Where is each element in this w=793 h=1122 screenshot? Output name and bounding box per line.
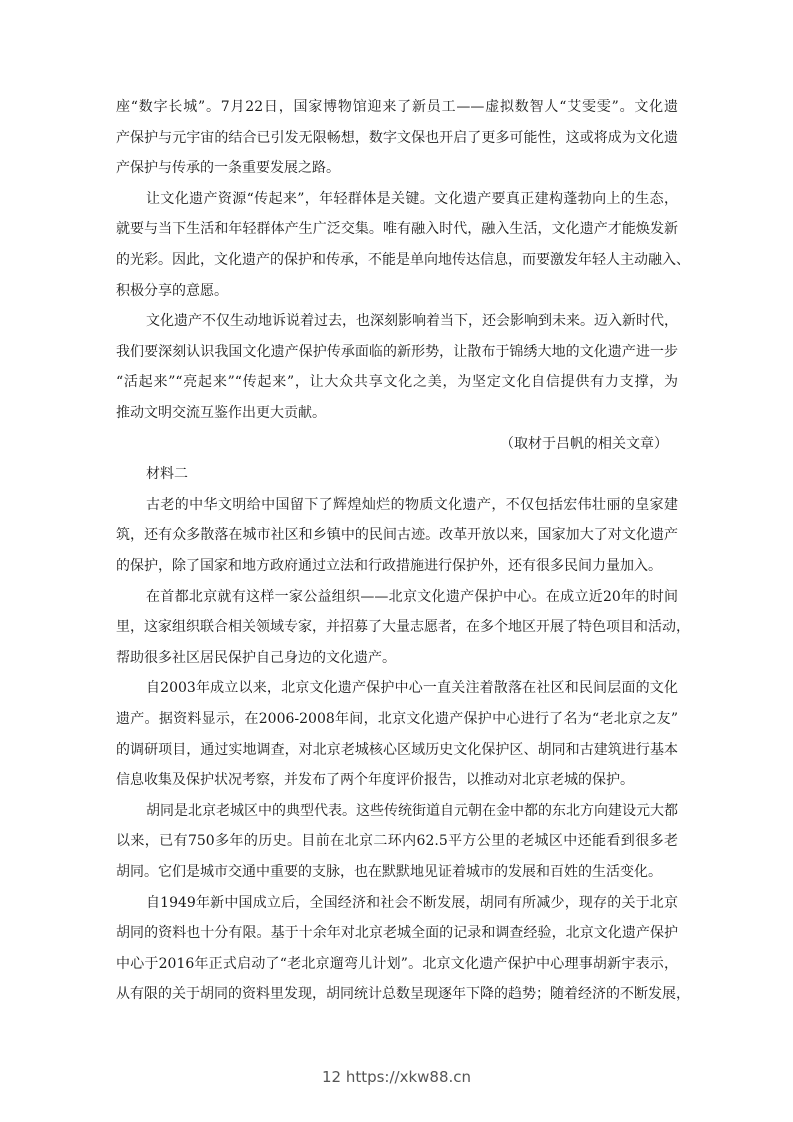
text-line: 胡同的资料也十分有限。基于十余年对北京老城全面的记录和调查经验，北京文化遗产保护 (116, 924, 678, 942)
text-line: 中心于2016年正式启动了“老北京遛弯儿计划”。北京文化遗产保护中心理事胡新宇表… (116, 955, 678, 973)
text-line: 让文化遗产资源“传起来”，年轻群体是关键。文化遗产要真正建构蓬勃向上的生态， (146, 190, 678, 208)
text-line: 的光彩。因此，文化遗产的保护和传承，不能是单向地传达信息，而要激发年轻人主动融入… (116, 251, 678, 269)
text-line: 自2003年成立以来，北京文化遗产保护中心一直关注着散落在社区和民间层面的文化 (146, 679, 678, 697)
text-line: 的保护，除了国家和地方政府通过立法和行政措施进行保护外，还有很多民间力量加入。 (116, 557, 678, 575)
text-line: 的调研项目，通过实地调查，对北京老城核心区域历史文化保护区、胡同和古建筑进行基本 (116, 741, 678, 759)
text-line: 胡同是北京老城区中的典型代表。这些传统街道自元朝在金中都的东北方向建设元大都 (146, 802, 678, 820)
text-line: “活起来”“亮起来”“传起来”，让大众共享文化之美，为坚定文化自信提供有力支撑，… (116, 373, 678, 391)
text-line: 胡同。它们是城市交通中重要的支脉，也在默默地见证着城市的发展和百姓的生活变化。 (116, 863, 678, 881)
source-note: （取材于吕帆的相关文章） (116, 435, 668, 453)
page-footer: 12 https://xkw88.cn (0, 1068, 793, 1086)
text-line: 信息收集及保护状况考察，并发布了两个年度评价报告，以推动对北京老城的保护。 (116, 771, 678, 789)
text-line: 以来，已有750多年的历史。目前在北京二环内62.5平方公里的老城区中还能看到很… (116, 832, 678, 850)
text-line: 筑，还有众多散落在城市社区和乡镇中的民间古迹。改革开放以来，国家加大了对文化遗产 (116, 526, 678, 544)
text-line: 座“数字长城”。7月22日，国家博物馆迎来了新员工——虚拟数智人“艾雯雯”。文化… (116, 98, 678, 116)
text-line: 产保护与传承的一条重要发展之路。 (116, 159, 678, 177)
text-line: 在首都北京就有这样一家公益组织——北京文化遗产保护中心。在成立近20年的时间 (146, 588, 678, 606)
text-line: 产保护与元宇宙的结合已引发无限畅想，数字文保也开启了更多可能性，这或将成为文化遗 (116, 129, 678, 147)
text-line: 里，这家组织联合相关领域专家，并招募了大量志愿者，在多个地区开展了特色项目和活动… (116, 618, 678, 636)
section-heading: 材料二 (146, 465, 678, 483)
text-line: 我们要深刻认识我国文化遗产保护传承面临的新形势，让散布于锦绣大地的文化遗产进一步 (116, 343, 678, 361)
text-line: 自1949年新中国成立后，全国经济和社会不断发展，胡同有所减少，现存的关于北京 (146, 894, 678, 912)
text-line: 从有限的关于胡同的资料里发现，胡同统计总数呈现逐年下降的趋势；随着经济的不断发展… (116, 985, 678, 1003)
text-line: 积极分享的意愿。 (116, 282, 678, 300)
text-line: 帮助很多社区居民保护自己身边的文化遗产。 (116, 649, 678, 667)
document-page: 座“数字长城”。7月22日，国家博物馆迎来了新员工——虚拟数智人“艾雯雯”。文化… (0, 0, 793, 1122)
text-line: 推动文明交流互鉴作出更大贡献。 (116, 404, 678, 422)
text-line: 文化遗产不仅生动地诉说着过去，也深刻影响着当下，还会影响到未来。迈入新时代， (146, 312, 678, 330)
text-line: 就要与当下生活和年轻群体产生广泛交集。唯有融入时代，融入生活，文化遗产才能焕发新 (116, 220, 678, 238)
text-line: 遗产。据资料显示，在2006-2008年间，北京文化遗产保护中心进行了名为“老北… (116, 710, 678, 728)
text-line: 古老的中华文明给中国留下了辉煌灿烂的物质文化遗产，不仅包括宏伟壮丽的皇家建 (146, 496, 678, 514)
